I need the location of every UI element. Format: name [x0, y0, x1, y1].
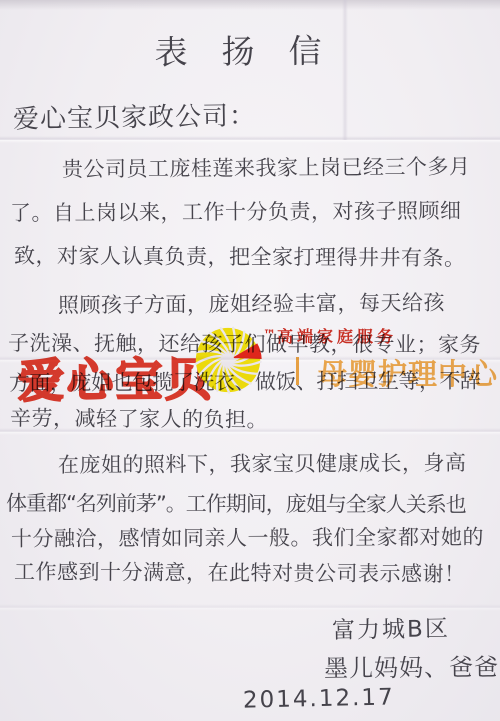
- letter-body-line: 辛劳，减轻了家人的负担。: [10, 402, 268, 434]
- scanned-letter-page: 表扬信 爱心宝贝家政公司： 贵公司员工庞桂莲来我家上岗已经三个多月 了。自上岗以…: [0, 0, 500, 721]
- letter-body-line: 在庞姐的照料下，我家宝贝健康成长，身高: [58, 447, 467, 479]
- letter-body-line: 致，对家人认真负责，把全家打理得井井有条。: [14, 240, 466, 272]
- letter-body-line: 工作感到十分满意，在此特对贵公司表示感谢！: [14, 556, 466, 588]
- paper-crease: [0, 136, 500, 143]
- letter-body-line: 体重都“名列前茅”。工作期间，庞姐与全家人关系也: [6, 487, 466, 519]
- letter-body-line: 贵公司员工庞桂莲来我家上岗已经三个多月: [62, 151, 471, 184]
- signature-date: 2014.12.17: [243, 684, 395, 713]
- paper-edge-shadow: [0, 0, 500, 10]
- letter-salutation: 爱心宝贝家政公司：: [13, 95, 257, 135]
- letter-body-line: 了。自上岗以来，工作十分负责，对孩子照顾细: [10, 195, 462, 227]
- letter-body-line: 照顾孩子方面，庞姐经验丰富，每天给孩: [58, 287, 445, 320]
- letter-body-line: 方面，庞姐也包揽了洗衣、做饭、打扫卫生等，不辞: [9, 365, 481, 397]
- signature-names: 墨儿妈妈、爸爸: [324, 647, 499, 684]
- signature-location: 富力城B区: [332, 610, 450, 645]
- letter-body-line: 十分融洽，感情如同亲人一般。我们全家都对她的: [11, 521, 484, 553]
- letter-body-line: 子洗澡、抚触，还给孩子们做早教，很专业；家务: [8, 327, 481, 359]
- letter-title: 表扬信: [144, 25, 355, 74]
